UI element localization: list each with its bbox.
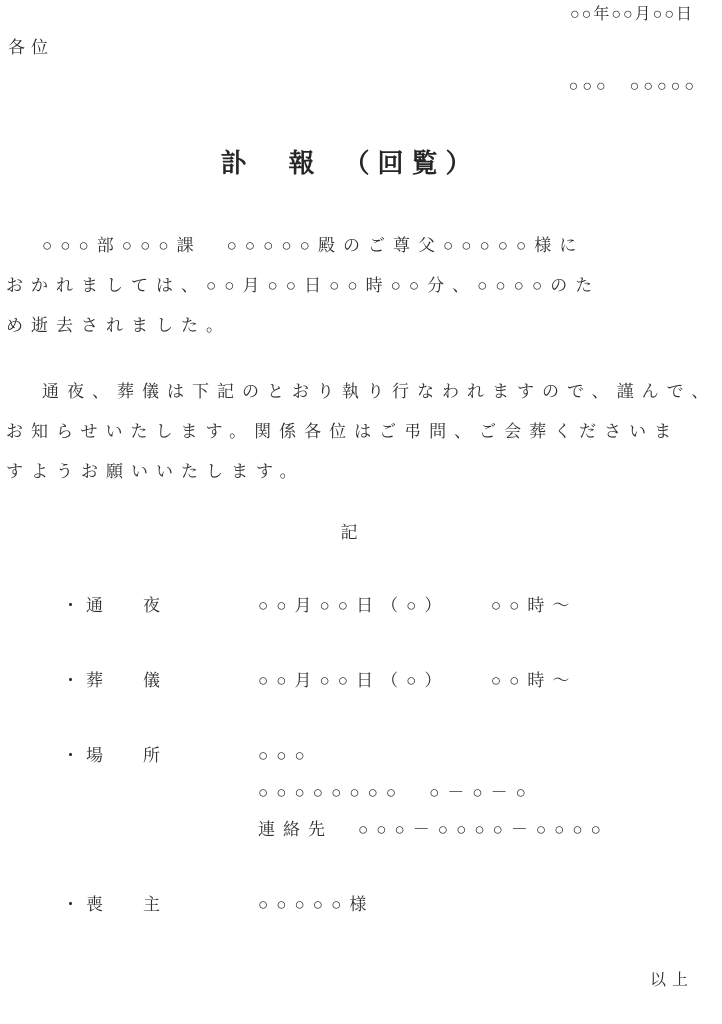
bullet-icon: ・	[62, 891, 86, 919]
detail-label-chief-mourner: 喪主	[86, 891, 160, 919]
detail-label-place: 場所	[86, 742, 160, 770]
sender-name: ○○○ ○○○○○	[0, 76, 722, 98]
detail-row-chief-mourner: ・ 喪主 ○○○○○様	[62, 891, 722, 919]
detail-row-wake: ・ 通夜 ○○月○○日（○） ○○時～	[62, 592, 722, 620]
bullet-icon: ・	[62, 667, 86, 695]
paragraph-funeral-notice: 通夜、葬儀は下記のとおり執り行なわれますので、謹んで、 お知らせいたします。関係…	[0, 372, 722, 492]
paragraph-line: お知らせいたします。関係各位はご弔問、ご会葬くださいま	[6, 412, 698, 452]
detail-value-chief-mourner: ○○○○○様	[258, 891, 374, 919]
document-title: 訃 報 （回覧）	[0, 146, 722, 182]
detail-value-place-name: ○○○	[258, 742, 313, 770]
paragraph-line: め逝去されました。	[6, 306, 698, 346]
detail-label-funeral: 葬儀	[86, 667, 160, 695]
paragraph-line: おかれましては、○○月○○日○○時○○分、○○○○のた	[6, 266, 698, 306]
record-marker: 記	[0, 520, 722, 546]
closing-word: 以上	[0, 969, 722, 993]
detail-value-place-contact: 連絡先 ○○○－○○○○－○○○○	[258, 816, 722, 844]
detail-value-place-address: ○○○○○○○○ ○－○－○	[258, 779, 722, 807]
addressee: 各位	[0, 37, 722, 59]
detail-row-place: ・ 場所 ○○○	[62, 742, 722, 770]
paragraph-line: 通夜、葬儀は下記のとおり執り行なわれますので、謹んで、	[6, 372, 698, 412]
paragraph-line: ○○○部○○○課 ○○○○○殿のご尊父○○○○○様に	[6, 226, 698, 266]
detail-label-wake: 通夜	[86, 592, 160, 620]
bullet-icon: ・	[62, 742, 86, 770]
paragraph-line: すようお願いいたします。	[6, 452, 698, 492]
detail-row-funeral: ・ 葬儀 ○○月○○日（○） ○○時～	[62, 667, 722, 695]
detail-value-wake: ○○月○○日（○） ○○時～	[258, 592, 577, 620]
detail-value-funeral: ○○月○○日（○） ○○時～	[258, 667, 577, 695]
obituary-notice-page: ○○年○○月○○日 各位 ○○○ ○○○○○ 訃 報 （回覧） ○○○部○○○課…	[0, 0, 722, 1024]
details-list: ・ 通夜 ○○月○○日（○） ○○時～ ・ 葬儀 ○○月○○日（○） ○○時～ …	[0, 592, 722, 919]
bullet-icon: ・	[62, 592, 86, 620]
paragraph-death-announcement: ○○○部○○○課 ○○○○○殿のご尊父○○○○○様に おかれましては、○○月○○…	[0, 226, 722, 346]
document-date: ○○年○○月○○日	[0, 4, 722, 26]
